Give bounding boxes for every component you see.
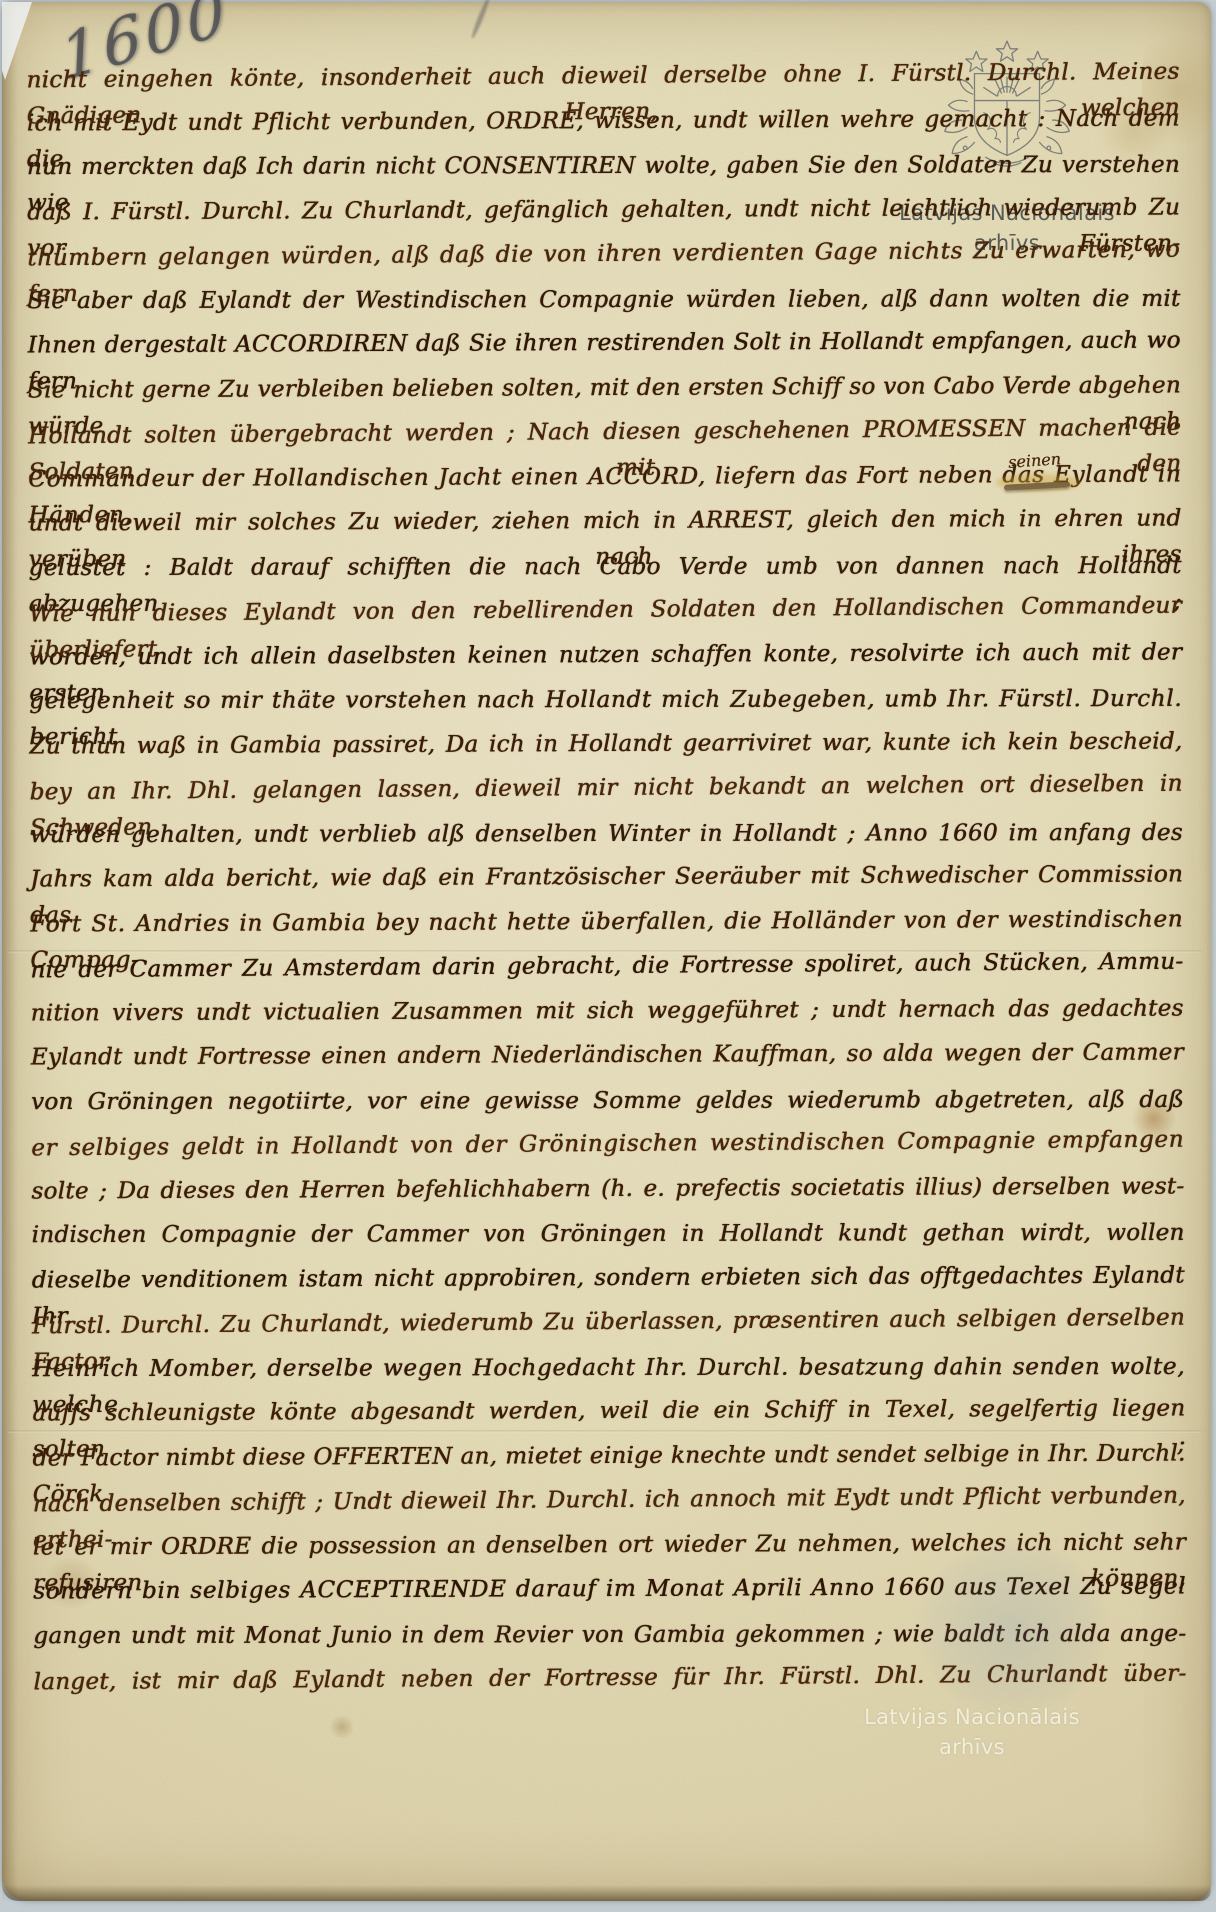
- manuscript-line: worden, undt ich allein daselbsten keine…: [29, 634, 1182, 684]
- interlinear-insertion: seinen: [1007, 449, 1061, 472]
- faint-blue-stamp: [920, 1540, 1105, 1715]
- pencil-stroke-mark: [470, 0, 491, 39]
- manuscript-line: Sie nicht gerne Zu verbleiben belieben s…: [28, 367, 1181, 417]
- manuscript-line: Wie nun dieses Eylandt von den rebellire…: [29, 588, 1182, 641]
- manuscript-line: von Gröningen negotiirte, vor eine gewis…: [31, 1081, 1184, 1128]
- manuscript-line: nicht eingehen könte, insonderheit auch …: [26, 54, 1179, 107]
- manuscript-line: gelüstet : Baldt darauf schifften die na…: [29, 547, 1182, 594]
- manuscript-line: indischen Compagnie der Cammer von Gröni…: [32, 1215, 1185, 1262]
- scanned-archive-document: { "scan": { "background_color": "#c3ccd1…: [0, 0, 1216, 1912]
- manuscript-line: nun merckten daß Ich darin nicht CONSENT…: [27, 147, 1180, 194]
- archive-name-line2: arhīvs: [847, 1732, 1097, 1762]
- manuscript-line: dieselbe venditionem istam nicht approbi…: [32, 1257, 1185, 1307]
- manuscript-line: Heinrich Momber, derselbe wegen Hochgeda…: [32, 1348, 1185, 1395]
- manuscript-line: Fürstl. Durchl. Zu Churlandt, wiederumb …: [32, 1300, 1185, 1353]
- manuscript-line: würden gehalten, undt verblieb alß dense…: [30, 814, 1183, 861]
- manuscript-line: Zu thun waß in Gambia passiret, Da ich i…: [29, 723, 1182, 773]
- manuscript-line: Fort St. Andries in Gambia bey nacht het…: [30, 901, 1183, 951]
- manuscript-line: daß I. Fürstl. Durchl. Zu Churlandt, gef…: [27, 189, 1180, 239]
- manuscript-line: Ihnen dergestalt ACCORDIREN daß Sie ihre…: [28, 322, 1181, 372]
- manuscript-line: der Factor nimbt diese OFFERTEN an, miet…: [32, 1435, 1185, 1485]
- manuscript-line: gelegenheit so mir thäte vorstehen nach …: [29, 681, 1182, 728]
- manuscript-line: nach denselben schifft ; Undt dieweil Ih…: [33, 1478, 1186, 1531]
- manuscript-line: solte ; Da dieses den Herren befehlichha…: [31, 1168, 1184, 1218]
- manuscript-line: thümbern gelangen würden, alß daß die vo…: [27, 232, 1180, 285]
- manuscript-line: Jahrs kam alda bericht, wie daß ein Fran…: [30, 856, 1183, 906]
- archive-name-line1: Latvijas Nacionālais: [847, 1702, 1097, 1732]
- manuscript-line: nition vivers undt victualien Zusammen m…: [30, 990, 1183, 1040]
- manuscript-line: er selbiges geldt in Hollandt von der Gr…: [31, 1122, 1184, 1175]
- manuscript-line: undt dieweil mir solches Zu wieder, zieh…: [28, 500, 1181, 550]
- archive-watermark-bottom: Latvijas Nacionālais arhīvs: [847, 1702, 1097, 1762]
- manuscript-line: Eylandt undt Fortresse einen andern Nied…: [31, 1034, 1184, 1084]
- manuscript-line: auffs schleunigste könte abgesandt werde…: [32, 1390, 1185, 1440]
- manuscript-page: 1600 Latvijas Nacionālais arhīvs: [2, 2, 1211, 1901]
- manuscript-line: Sie aber daß Eylandt der Westindischen C…: [27, 280, 1180, 327]
- age-stain: [328, 1716, 356, 1738]
- manuscript-line: bey an Ihr. Dhl. gelangen lassen, diewei…: [29, 766, 1182, 819]
- manuscript-line: nie der Cammer Zu Amsterdam darin gebrac…: [30, 944, 1183, 997]
- manuscript-text-block: nicht eingehen könte, insonderheit auch …: [26, 55, 1186, 1707]
